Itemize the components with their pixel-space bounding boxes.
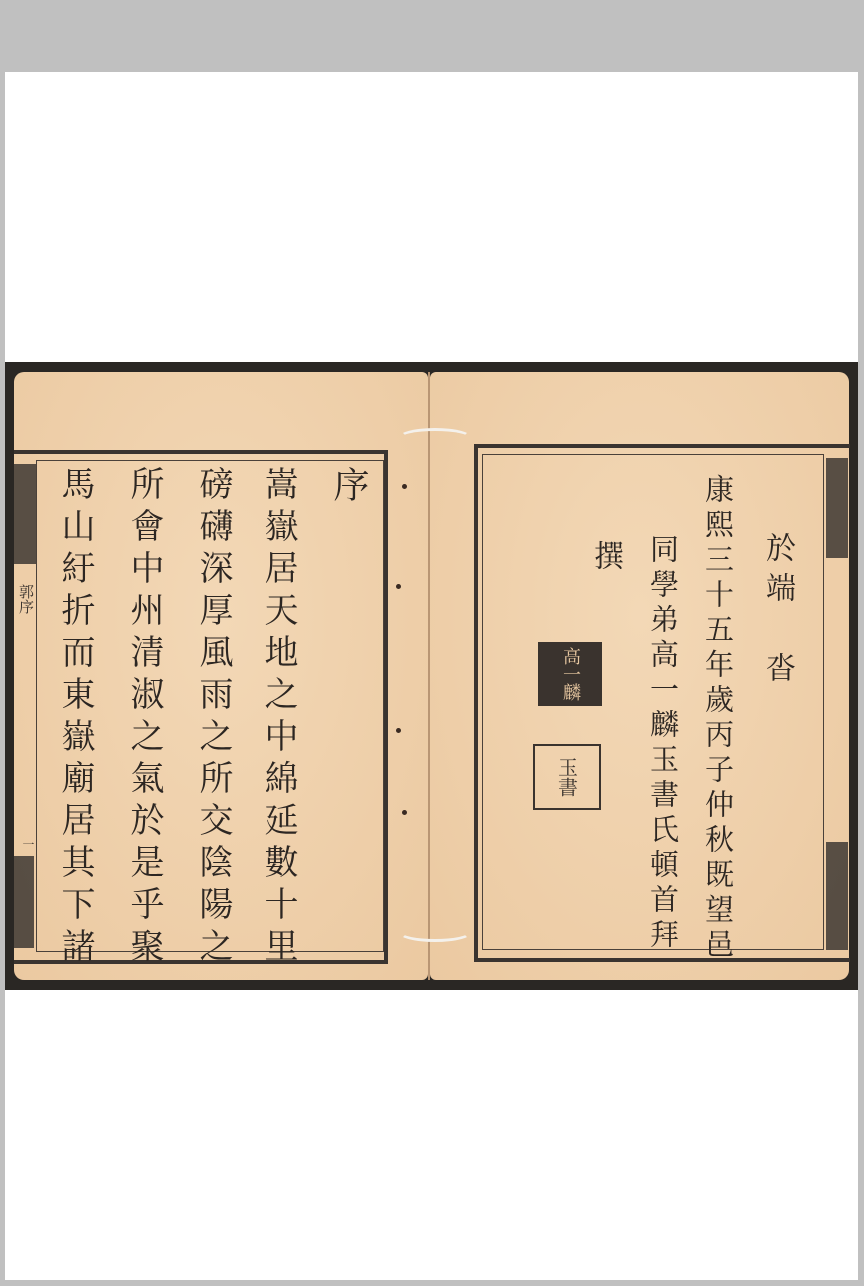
text-column-2: 嵩嶽居天地之中綿延數十里 bbox=[261, 466, 295, 970]
book-scan-image: 郭序 一 序 嵩嶽居天地之中綿延數十里 磅礴深厚風雨之所交陰陽之 所會中州清淑之… bbox=[5, 362, 858, 990]
text-column-2: 康熙三十五年歲丙子仲秋既望邑 bbox=[703, 474, 732, 964]
text-column-5: 馬山紆折而東嶽廟居其下諸 bbox=[58, 466, 92, 970]
text-column-4: 所會中州清淑之氣於是乎聚 bbox=[127, 466, 161, 970]
margin-page-number: 一 bbox=[20, 838, 37, 850]
seal-gao-yilin: 高一麟 bbox=[538, 642, 602, 706]
text-column-4: 撰 bbox=[590, 540, 620, 580]
binding-thread-top bbox=[398, 428, 472, 448]
left-page: 郭序 一 序 嵩嶽居天地之中綿延數十里 磅礴深厚風雨之所交陰陽之 所會中州清淑之… bbox=[14, 372, 428, 980]
binding-hole bbox=[402, 484, 407, 489]
binding-hole bbox=[396, 728, 401, 733]
seal-yushu: 玉書 bbox=[533, 744, 601, 810]
text-column-3: 同學弟高一麟玉書氏頓首拜 bbox=[648, 534, 677, 954]
right-page: 於端 沓 康熙三十五年歲丙子仲秋既望邑 同學弟高一麟玉書氏頓首拜 撰 高一麟 玉… bbox=[430, 372, 849, 980]
text-column-3: 磅礴深厚風雨之所交陰陽之 bbox=[196, 466, 230, 970]
text-column-1: 序 bbox=[330, 466, 366, 510]
fishtail-mark-bottom bbox=[826, 842, 848, 950]
fishtail-mark-top bbox=[826, 458, 848, 558]
binding-hole bbox=[402, 810, 407, 815]
viewer-top-bar bbox=[0, 0, 864, 72]
text-column-1: 於端 沓 bbox=[762, 532, 792, 692]
fishtail-mark-top bbox=[14, 464, 36, 564]
binding-thread-bottom bbox=[398, 922, 472, 942]
fishtail-mark-bottom bbox=[14, 856, 34, 948]
margin-title: 郭序 bbox=[16, 584, 37, 614]
binding-hole bbox=[396, 584, 401, 589]
